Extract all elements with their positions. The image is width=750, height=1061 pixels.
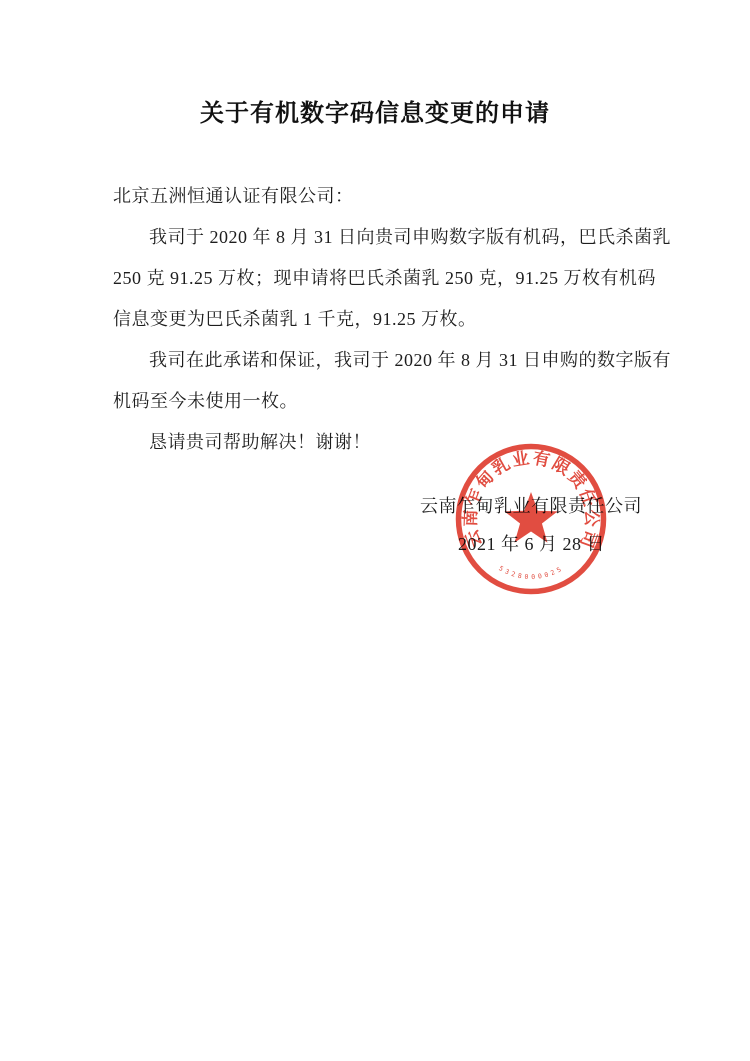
- seal-ring: [459, 447, 604, 592]
- body-line: 250 克 91.25 万枚；现申请将巴氏杀菌乳 250 克，91.25 万枚有…: [113, 258, 645, 299]
- body-line: 我司在此承诺和保证，我司于 2020 年 8 月 31 日申购的数字版有: [113, 340, 645, 381]
- document-title: 关于有机数字码信息变更的申请: [0, 93, 750, 128]
- letter-body: 北京五洲恒通认证有限公司： 我司于 2020 年 8 月 31 日向贵司申购数字…: [113, 176, 645, 463]
- body-line: 信息变更为巴氏杀菌乳 1 千克，91.25 万枚。: [113, 299, 645, 340]
- body-line: 我司于 2020 年 8 月 31 日向贵司申购数字版有机码，巴氏杀菌乳: [113, 217, 645, 258]
- recipient-line: 北京五洲恒通认证有限公司：: [113, 176, 645, 217]
- signature-company: 云南乍甸乳业有限责任公司: [420, 492, 642, 518]
- signature-date: 2021 年 6 月 28 日: [458, 530, 605, 556]
- body-line: 机码至今未使用一枚。: [113, 381, 645, 422]
- company-seal: 云南乍甸乳业有限责任公司 5328000025: [455, 443, 607, 595]
- seal-serial-text: 5328000025: [497, 564, 565, 581]
- body-line: 恳请贵司帮助解决！谢谢！: [113, 422, 645, 463]
- document-page: 关于有机数字码信息变更的申请 北京五洲恒通认证有限公司： 我司于 2020 年 …: [0, 0, 750, 1061]
